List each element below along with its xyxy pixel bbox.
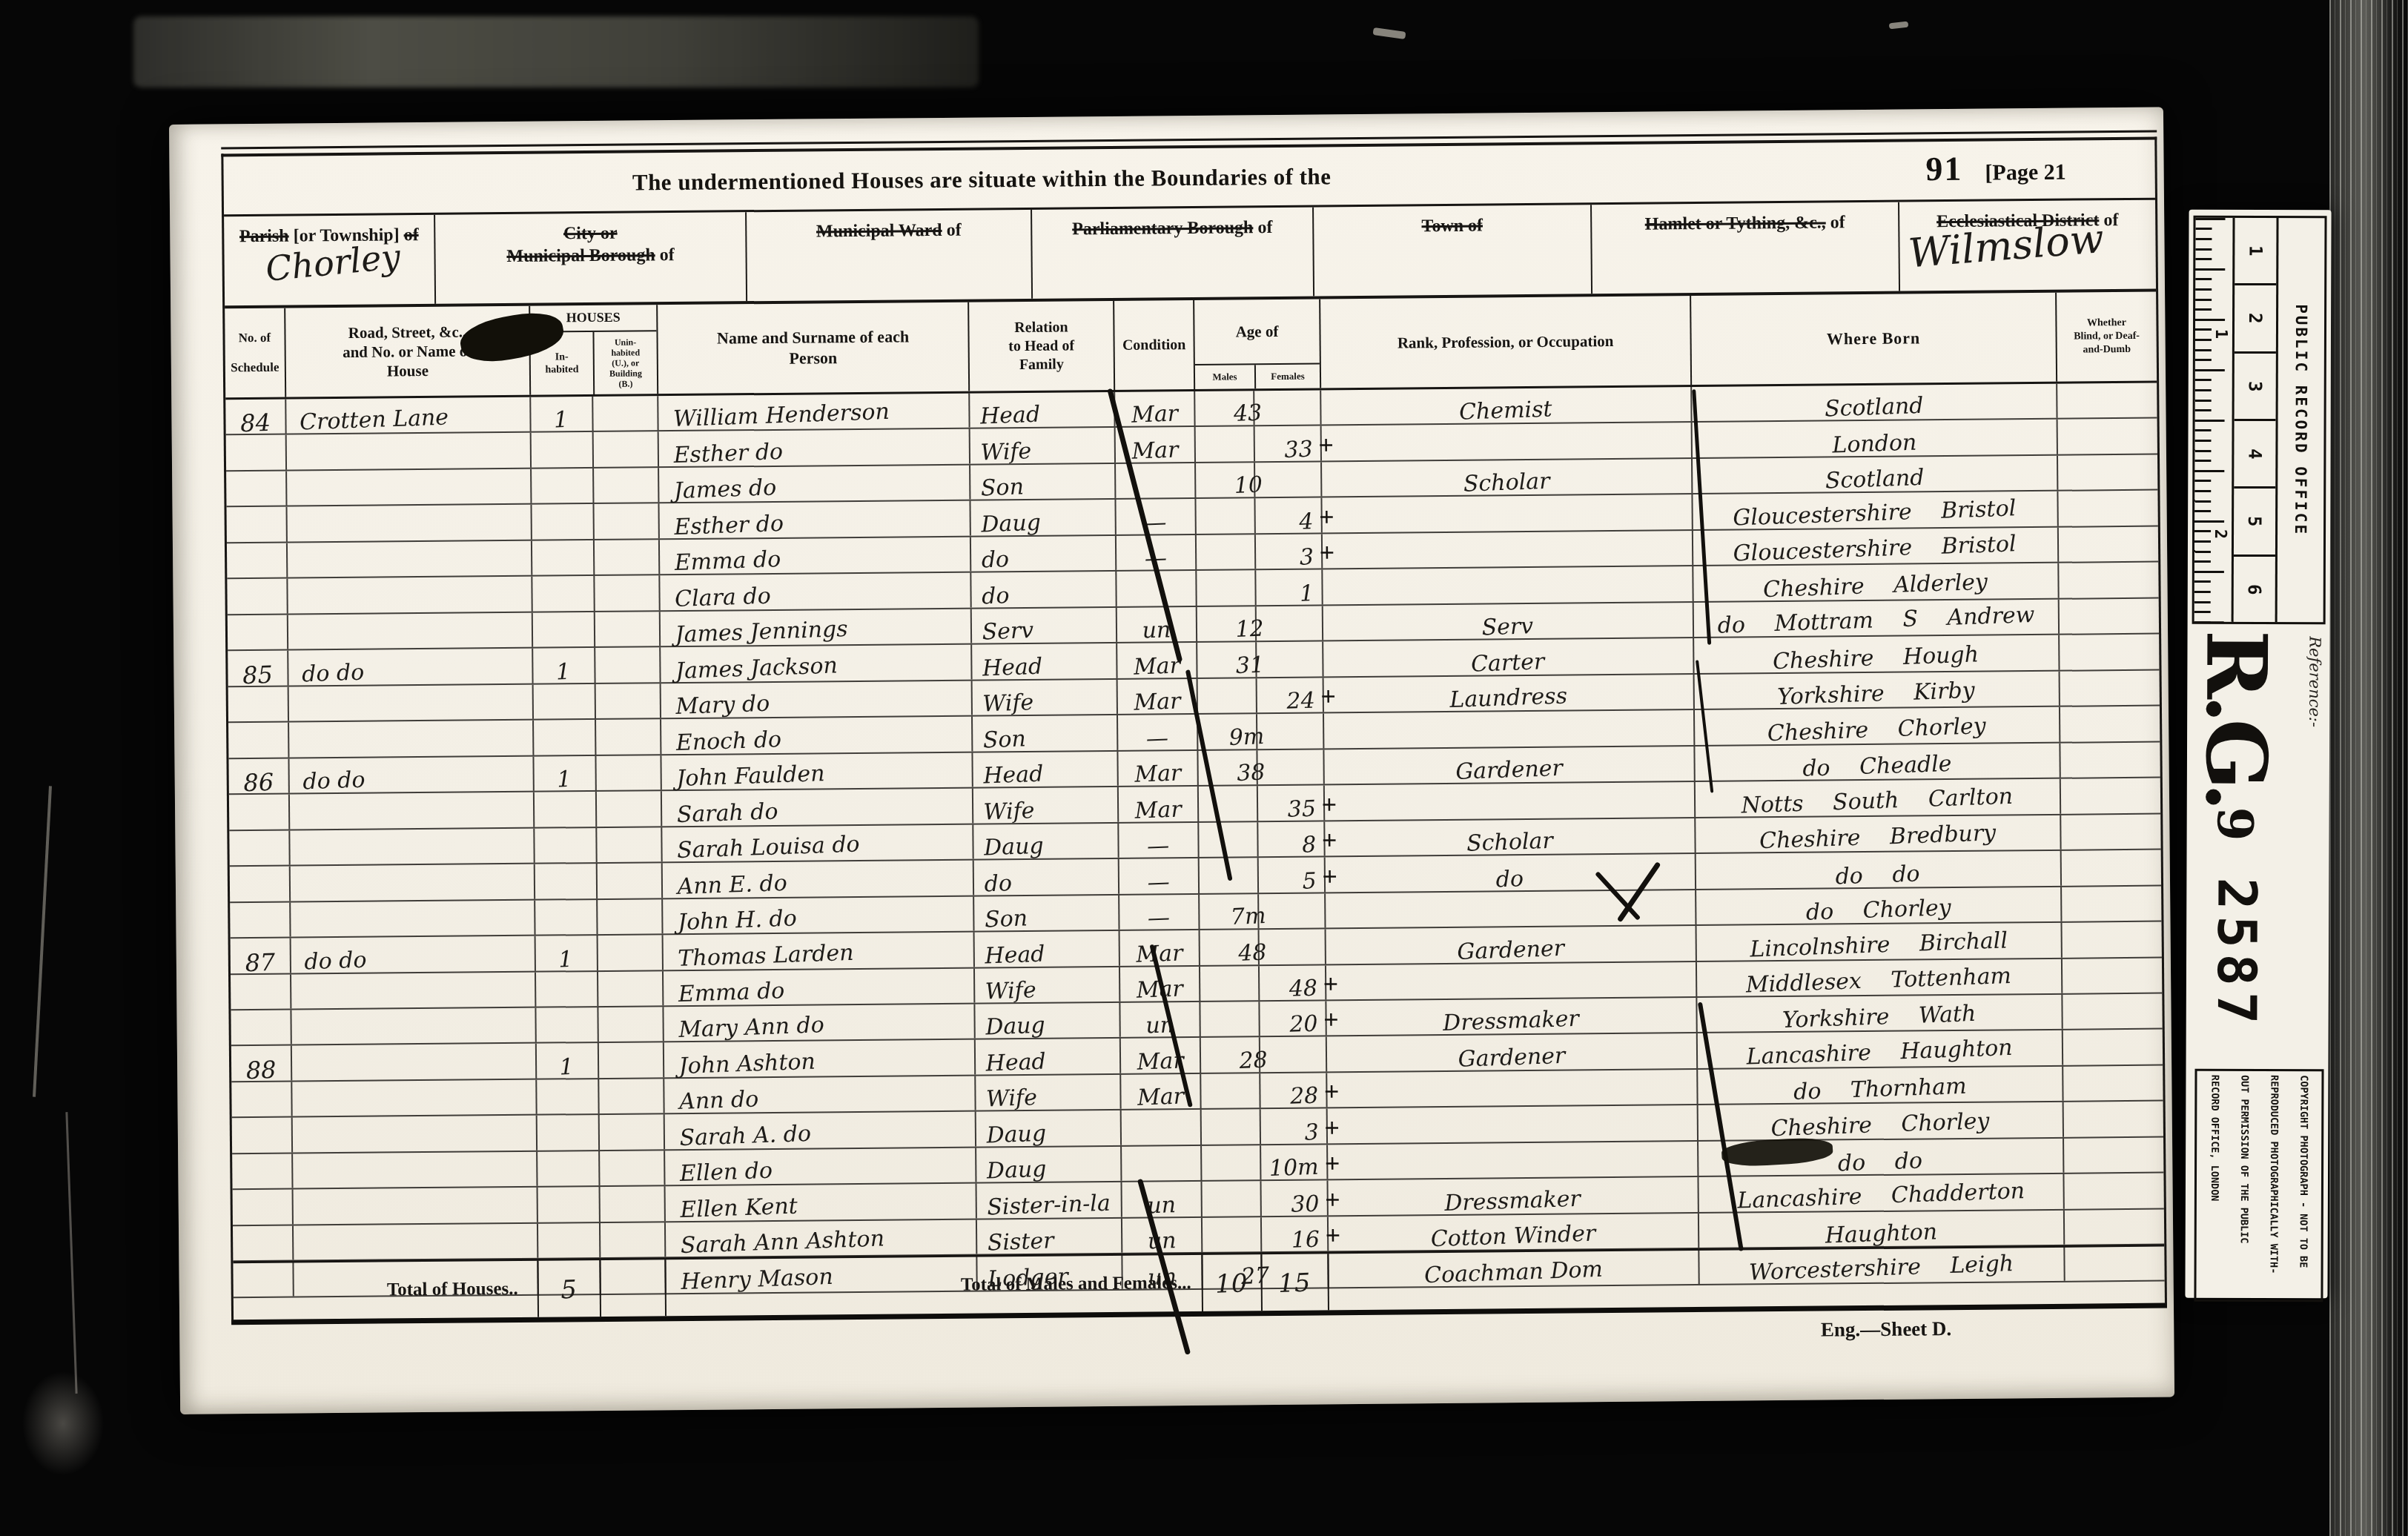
cell-inhabited: [534, 684, 596, 719]
cell-blind: [2064, 1137, 2163, 1173]
cell-relation: Daug: [973, 823, 1119, 858]
cell-uninhabited: [594, 504, 659, 539]
page-number-block: 91 [Page 21: [1925, 148, 2066, 189]
cell-condition: —: [1119, 823, 1199, 858]
cell-condition: [1116, 463, 1196, 498]
cell-relation: Sister-in-la: [977, 1182, 1122, 1218]
form-title: The undermentioned Houses are situate wi…: [224, 160, 1740, 200]
cell-age_f: [1257, 606, 1323, 640]
cell-blind: [2062, 922, 2161, 958]
cell-born: Yorkshire Kirby: [1695, 672, 2060, 709]
cell-occupation: do: [1326, 854, 1696, 892]
cell-occupation: [1322, 494, 1693, 532]
cell-born: Scotland: [1692, 384, 2057, 422]
cell-road: [291, 972, 536, 1008]
col-inhabited: In- habited: [530, 332, 595, 395]
copyright-line: OUT PERMISSION OF THE PUBLIC: [2229, 1075, 2259, 1296]
cell-condition: un: [1122, 1218, 1203, 1253]
cell-age_m: [1199, 786, 1258, 821]
cell-name: Emma do: [660, 537, 971, 574]
cell-age_m: [1200, 1002, 1260, 1036]
cell-road: [294, 1223, 538, 1259]
cell-schedule: [229, 830, 290, 865]
cell-occupation: Laundress: [1324, 675, 1695, 712]
tally-cross: +: [1323, 1004, 1339, 1036]
folio-number: 91: [1925, 150, 1962, 188]
boundary-fields-row: Parish [or Township] ofChorleyCity orMun…: [224, 200, 2156, 309]
ruler-number: 5: [2234, 489, 2275, 557]
cell-schedule: [226, 471, 287, 506]
cell-blind: [2060, 706, 2160, 742]
cell-relation: Wife: [970, 428, 1116, 463]
cell-schedule: [231, 1082, 292, 1117]
cell-schedule: [228, 686, 289, 721]
cell-inhabited: [532, 540, 595, 575]
boundary-field-ecclesiastical-district: Ecclesiastical District ofWilmslow: [1899, 200, 2156, 291]
cell-condition: Mar: [1119, 787, 1199, 821]
boundary-field-town: Town of: [1314, 205, 1592, 296]
cell-uninhabited: [598, 1007, 664, 1042]
cell-name: Sarah A. do: [665, 1112, 976, 1149]
boundary-label-municipal-ward: Municipal Ward of: [747, 210, 1031, 243]
boundary-label-city-borough: City orMunicipal Borough of: [435, 212, 746, 268]
tally-cross: +: [1318, 429, 1334, 460]
cell-name: Ann E. do: [663, 861, 974, 898]
cell-age_f: [1260, 929, 1326, 964]
cell-occupation: Dressmaker: [1326, 998, 1697, 1036]
cell-condition: —: [1119, 858, 1200, 893]
cell-occupation: [1328, 1142, 1698, 1179]
cell-uninhabited: [598, 935, 664, 970]
cell-born: Gloucestershire Bristol: [1693, 491, 2058, 529]
total-houses-value: 5: [560, 1275, 578, 1305]
cell-inhabited: 1: [533, 648, 595, 683]
cell-occupation: Scholar: [1325, 818, 1696, 856]
cell-road: [290, 828, 535, 864]
col-uninhabited: Unin- habited (U.), or Building (B.): [594, 331, 657, 394]
cell-relation: do: [974, 859, 1119, 895]
cell-name: John Ashton: [664, 1040, 976, 1077]
cell-uninhabited: [599, 1043, 664, 1078]
cell-condition: Mar: [1115, 391, 1195, 426]
ruler-scale-label: 2: [2211, 529, 2229, 539]
cell-relation: Daug: [976, 1147, 1122, 1182]
cell-uninhabited: [601, 1187, 666, 1222]
cell-born: Middlesex Tottenham: [1697, 959, 2063, 996]
tally-cross: +: [1325, 1220, 1340, 1251]
cell-schedule: 87: [231, 939, 291, 973]
cell-blind: [2062, 850, 2161, 886]
cell-road: [294, 1259, 538, 1296]
ruler-number: 4: [2234, 421, 2275, 489]
cell-condition: [1122, 1146, 1202, 1181]
cell-occupation: Gardener: [1327, 1033, 1698, 1071]
cell-inhabited: [535, 792, 597, 827]
cell-schedule: 84: [225, 400, 286, 434]
cell-age_f: 30+: [1261, 1181, 1328, 1216]
cell-occupation: [1328, 1105, 1698, 1143]
sheet-note: Eng.—Sheet D.: [1821, 1317, 1952, 1342]
cell-born: Cheshire Bredbury: [1696, 815, 2061, 853]
cell-road: [291, 900, 535, 936]
col-age-females: Females: [1256, 364, 1320, 388]
cell-inhabited: [538, 1223, 601, 1258]
cell-relation: Son: [974, 895, 1119, 930]
cell-road: do do: [288, 649, 533, 685]
cell-relation: Wife: [973, 787, 1119, 823]
cell-condition: —: [1119, 894, 1200, 929]
cell-condition: [1117, 571, 1197, 606]
cell-road: [289, 721, 534, 757]
cell-schedule: [226, 435, 287, 470]
cell-relation: Head: [970, 392, 1115, 428]
cell-uninhabited: [595, 576, 660, 611]
ruler-number: 3: [2235, 354, 2276, 422]
cell-age_m: [1202, 1145, 1261, 1180]
cell-blind: [2059, 526, 2158, 562]
cell-inhabited: [532, 469, 594, 503]
cell-born: do do: [1696, 851, 2062, 889]
tally-cross: +: [1322, 824, 1337, 855]
tally-cross: +: [1325, 1148, 1340, 1179]
tally-cross: +: [1325, 1184, 1340, 1215]
cell-born: London: [1693, 420, 2058, 457]
col-age-group: Age of Males Females: [1194, 299, 1321, 388]
cell-inhabited: 1: [531, 397, 593, 431]
cell-road: [290, 792, 535, 829]
cell-condition: Mar: [1121, 1038, 1201, 1073]
cell-age_f: [1254, 390, 1321, 425]
cell-inhabited: [535, 828, 597, 863]
cell-uninhabited: [598, 899, 663, 934]
cell-blind: [2060, 598, 2159, 634]
cell-born: Yorkshire Wath: [1697, 995, 2063, 1033]
cell-age_m: 43: [1195, 391, 1254, 426]
cell-inhabited: [537, 1079, 599, 1114]
cell-name: Ellen Kent: [666, 1184, 977, 1221]
cell-schedule: [233, 1225, 294, 1260]
cell-occupation: Cotton Winder: [1329, 1214, 1699, 1251]
cell-blind: [2061, 814, 2160, 850]
cell-age_f: 20+: [1260, 1001, 1326, 1036]
cell-road: [287, 433, 532, 469]
cell-age_m: 9m: [1198, 714, 1257, 749]
total-females-value: 15: [1278, 1268, 1311, 1299]
cell-inhabited: [538, 1187, 601, 1222]
cell-born: do Mottram S Andrew: [1694, 600, 2060, 638]
ruler-number: 1: [2235, 218, 2276, 286]
cell-age_m: [1203, 1217, 1262, 1252]
cell-age_m: [1200, 966, 1260, 1001]
cell-age_m: [1199, 822, 1258, 857]
microfilm-frame: The undermentioned Houses are situate wi…: [0, 0, 2408, 1536]
cell-road: [288, 505, 532, 541]
cell-born: Cheshire Alderley: [1693, 563, 2059, 601]
cell-blind: [2062, 886, 2161, 921]
cell-age_f: 8+: [1258, 821, 1325, 856]
cell-name: Mary do: [661, 681, 973, 718]
cell-age_m: 48: [1200, 930, 1260, 964]
cell-blind: [2063, 1065, 2163, 1101]
cell-uninhabited: [601, 1222, 666, 1257]
cell-condition: —: [1117, 535, 1197, 570]
record-office-name: PUBLIC RECORD OFFICE: [2278, 218, 2325, 622]
cell-uninhabited: [597, 827, 662, 862]
col-road: Road, Street, &c., and No. or Name of Ho…: [285, 306, 531, 397]
cell-inhabited: [536, 1007, 598, 1042]
boundary-field-parish: Parish [or Township] ofChorley: [224, 215, 436, 305]
cell-road: [292, 1044, 537, 1080]
cell-born: Scotland: [1693, 456, 2058, 494]
cell-occupation: [1326, 890, 1696, 928]
col-where-born: Where Born: [1691, 293, 2057, 385]
cell-age_m: 31: [1197, 643, 1257, 678]
cell-age_f: 33+: [1255, 426, 1322, 461]
cell-blind: [2063, 994, 2162, 1030]
cell-born: Worcestershire Leigh: [1699, 1246, 2065, 1284]
ruler-scale-label: 1: [2212, 329, 2230, 339]
cell-blind: [2065, 1209, 2164, 1245]
cell-occupation: Carter: [1323, 638, 1694, 676]
cell-uninhabited: [600, 1115, 665, 1150]
col-houses: HOUSES: [530, 305, 656, 332]
cell-schedule: 86: [228, 758, 289, 793]
cell-age_m: [1197, 534, 1256, 569]
cell-age_m: 10: [1196, 463, 1255, 497]
cell-road: [293, 1116, 537, 1152]
cell-age_f: [1255, 462, 1322, 497]
cell-schedule: [232, 1153, 293, 1188]
cell-uninhabited: [596, 683, 661, 718]
cell-condition: —: [1118, 715, 1198, 749]
cell-road: [294, 1188, 538, 1224]
cell-relation: Wife: [975, 967, 1120, 1002]
cell-uninhabited: [601, 1258, 666, 1293]
cell-relation: Daug: [976, 1110, 1122, 1146]
cell-inhabited: [533, 612, 595, 647]
tally-cross: +: [1321, 789, 1337, 820]
cell-relation: Daug: [975, 1003, 1120, 1039]
cell-name: Ellen do: [665, 1148, 976, 1185]
cell-inhabited: 1: [537, 1043, 599, 1078]
cell-schedule: [228, 615, 288, 649]
cell-inhabited: [535, 900, 598, 935]
cell-born: Haughton: [1699, 1211, 2065, 1248]
cell-occupation: Dressmaker: [1328, 1177, 1698, 1215]
cell-name: James Jackson: [661, 645, 972, 682]
cell-born: Cheshire Hough: [1694, 635, 2060, 673]
cell-condition: [1122, 1110, 1202, 1145]
cell-name: Emma do: [664, 968, 975, 1005]
cell-name: Enoch do: [661, 717, 973, 754]
cell-blind: [2065, 1245, 2164, 1281]
cell-road: [291, 864, 535, 901]
copyright-notice: COPYRIGHT PHOTOGRAPH - NOT TO BEREPRODUC…: [2194, 1069, 2323, 1302]
cell-schedule: [227, 579, 288, 614]
cell-age_f: 24+: [1257, 678, 1324, 712]
cell-age_f: 28+: [1260, 1073, 1327, 1108]
cell-inhabited: [532, 576, 595, 611]
cell-schedule: 85: [228, 651, 288, 686]
tally-cross: +: [1319, 501, 1334, 532]
cell-inhabited: 1: [534, 756, 596, 791]
cell-condition: Mar: [1120, 966, 1200, 1001]
cell-born: do Cheadle: [1695, 743, 2060, 781]
series-letters: R.G.: [2187, 630, 2285, 807]
cell-relation: Wife: [973, 680, 1118, 715]
cell-name: Henry Mason: [666, 1256, 977, 1293]
cell-age_m: [1200, 858, 1259, 893]
cell-blind: [2057, 383, 2157, 419]
tally-cross: +: [1320, 681, 1336, 712]
cell-schedule: [233, 1262, 294, 1297]
boundary-label-parliamentary-borough: Parliamentary Borough of: [1032, 208, 1312, 241]
cell-blind: [2058, 491, 2157, 526]
cell-relation: Sister: [977, 1219, 1122, 1254]
col-name: Name and Surname of each Person: [658, 302, 970, 394]
cell-blind: [2060, 742, 2160, 778]
cell-occupation: [1325, 782, 1696, 820]
cell-born: Notts South Carlton: [1696, 779, 2061, 817]
census-page: The undermentioned Houses are situate wi…: [169, 107, 2174, 1414]
cell-condition: —: [1116, 499, 1196, 534]
cell-road: [292, 1080, 537, 1116]
cell-age_f: 16+: [1262, 1216, 1329, 1251]
cell-condition: Mar: [1116, 427, 1196, 462]
cell-age_m: [1196, 427, 1255, 462]
cell-blind: [2061, 778, 2160, 814]
cell-blind: [2059, 563, 2158, 598]
cell-uninhabited: [594, 468, 659, 503]
cell-occupation: [1327, 1070, 1698, 1108]
boundary-field-hamlet: Hamlet or Tything, &c., of: [1592, 202, 1900, 294]
ruler-number: 6: [2234, 557, 2275, 623]
col-relation: Relation to Head of Family: [969, 301, 1115, 391]
tally-cross: +: [1322, 861, 1337, 892]
cell-relation: Son: [973, 715, 1118, 751]
cell-road: [293, 1152, 537, 1188]
cell-born: Lincolnshire Birchall: [1697, 923, 2063, 961]
cell-uninhabited: [599, 1079, 664, 1113]
cell-age_f: 35+: [1258, 786, 1325, 821]
series-mark: R.G.9: [2187, 630, 2285, 841]
cell-name: Sarah do: [662, 789, 973, 826]
cell-age_f: 10m+: [1261, 1145, 1328, 1179]
cell-relation: Daug: [970, 500, 1116, 535]
cell-occupation: Gardener: [1324, 747, 1695, 784]
cell-inhabited: 1: [536, 936, 598, 970]
cell-schedule: [230, 867, 291, 901]
cell-schedule: [232, 1118, 293, 1153]
cell-blind: [2060, 670, 2160, 706]
cell-relation: Lodger: [977, 1254, 1122, 1290]
cell-road: do do: [289, 756, 534, 792]
cell-age_f: 5+: [1259, 858, 1326, 893]
cell-name: James Jennings: [661, 609, 972, 646]
cell-relation: do: [971, 536, 1117, 572]
ruler: 1 2 123456 PUBLIC RECORD OFFICE: [2192, 216, 2327, 625]
tally-cross: +: [1324, 1112, 1340, 1143]
tally-cross: +: [1319, 537, 1334, 569]
boundary-field-municipal-ward: Municipal Ward of: [747, 210, 1033, 301]
film-smudge: [133, 16, 979, 87]
cell-road: [291, 1008, 536, 1045]
cell-uninhabited: [600, 1151, 665, 1185]
cell-age_f: [1260, 1037, 1327, 1072]
cell-condition: Mar: [1117, 643, 1197, 678]
cell-schedule: [228, 723, 289, 758]
cell-name: Mary Ann do: [664, 1004, 975, 1042]
copyright-line: REPRODUCED PHOTOGRAPHICALLY WITH-: [2258, 1075, 2289, 1296]
cell-age_m: 12: [1197, 606, 1257, 641]
film-scratch: [1373, 27, 1406, 39]
cell-condition: Mar: [1120, 930, 1200, 965]
cell-name: John H. do: [663, 896, 974, 933]
cell-name: Ann do: [664, 1076, 976, 1113]
cell-schedule: [227, 507, 288, 542]
cell-born: Lancashire Haughton: [1698, 1030, 2063, 1068]
cell-age_m: 7m: [1200, 894, 1259, 929]
cell-uninhabited: [595, 648, 661, 683]
cell-uninhabited: [598, 863, 663, 898]
cell-name: James do: [659, 466, 970, 503]
tally-cross: +: [1323, 968, 1338, 999]
film-scratch: [22, 1371, 104, 1475]
cell-name: Esther do: [659, 429, 970, 466]
cell-inhabited: [537, 1151, 600, 1186]
cell-inhabited: [536, 971, 598, 1006]
cell-relation: Head: [975, 931, 1120, 967]
cell-uninhabited: [593, 396, 658, 431]
cell-condition: un: [1117, 607, 1197, 642]
cell-road: [287, 469, 532, 506]
reference-area: Reference:- R.G.9 2587: [2186, 624, 2330, 1061]
cell-condition: un: [1122, 1254, 1203, 1288]
cell-condition: Mar: [1118, 679, 1198, 714]
boundary-field-parliamentary-borough: Parliamentary Borough of: [1032, 208, 1314, 299]
cell-schedule: [230, 902, 291, 937]
cell-occupation: Scholar: [1322, 459, 1693, 497]
cell-born: do Chorley: [1696, 887, 2062, 924]
piece-number: 2587: [2206, 878, 2269, 1030]
census-entries: 84Crotten Lane1William HendersonHeadMar4…: [225, 383, 2164, 1262]
cell-born: Lancashire Chadderton: [1698, 1174, 2064, 1212]
cell-condition: un: [1120, 1002, 1200, 1037]
cell-blind: [2060, 635, 2159, 670]
film-scratch: [1889, 21, 1909, 30]
cell-born: Gloucestershire Bristol: [1693, 528, 2059, 566]
cell-born: do Thornham: [1698, 1067, 2063, 1105]
cell-schedule: [231, 1010, 291, 1045]
cell-age_f: 1: [1256, 570, 1323, 605]
cell-occupation: [1326, 962, 1697, 1000]
cell-occupation: [1324, 710, 1695, 748]
col-schedule: No. of Schedule: [225, 308, 286, 398]
reference-label: Reference:-: [2306, 636, 2323, 727]
page-note: [Page 21: [1985, 160, 2065, 185]
ruler-numbers: 123456: [2234, 218, 2279, 622]
cell-uninhabited: [595, 612, 661, 646]
cell-occupation: Serv: [1323, 603, 1694, 640]
col-houses-group: HOUSES In- habited Unin- habited (U.), o…: [530, 305, 658, 394]
film-scratch: [33, 786, 52, 1097]
cell-schedule: [229, 795, 290, 830]
ruler-ticks: 1 2: [2194, 218, 2235, 622]
cell-road: [288, 577, 532, 613]
cell-age_m: [1202, 1110, 1261, 1145]
cell-road: Crotten Lane: [286, 397, 531, 434]
cell-relation: do: [971, 572, 1117, 607]
